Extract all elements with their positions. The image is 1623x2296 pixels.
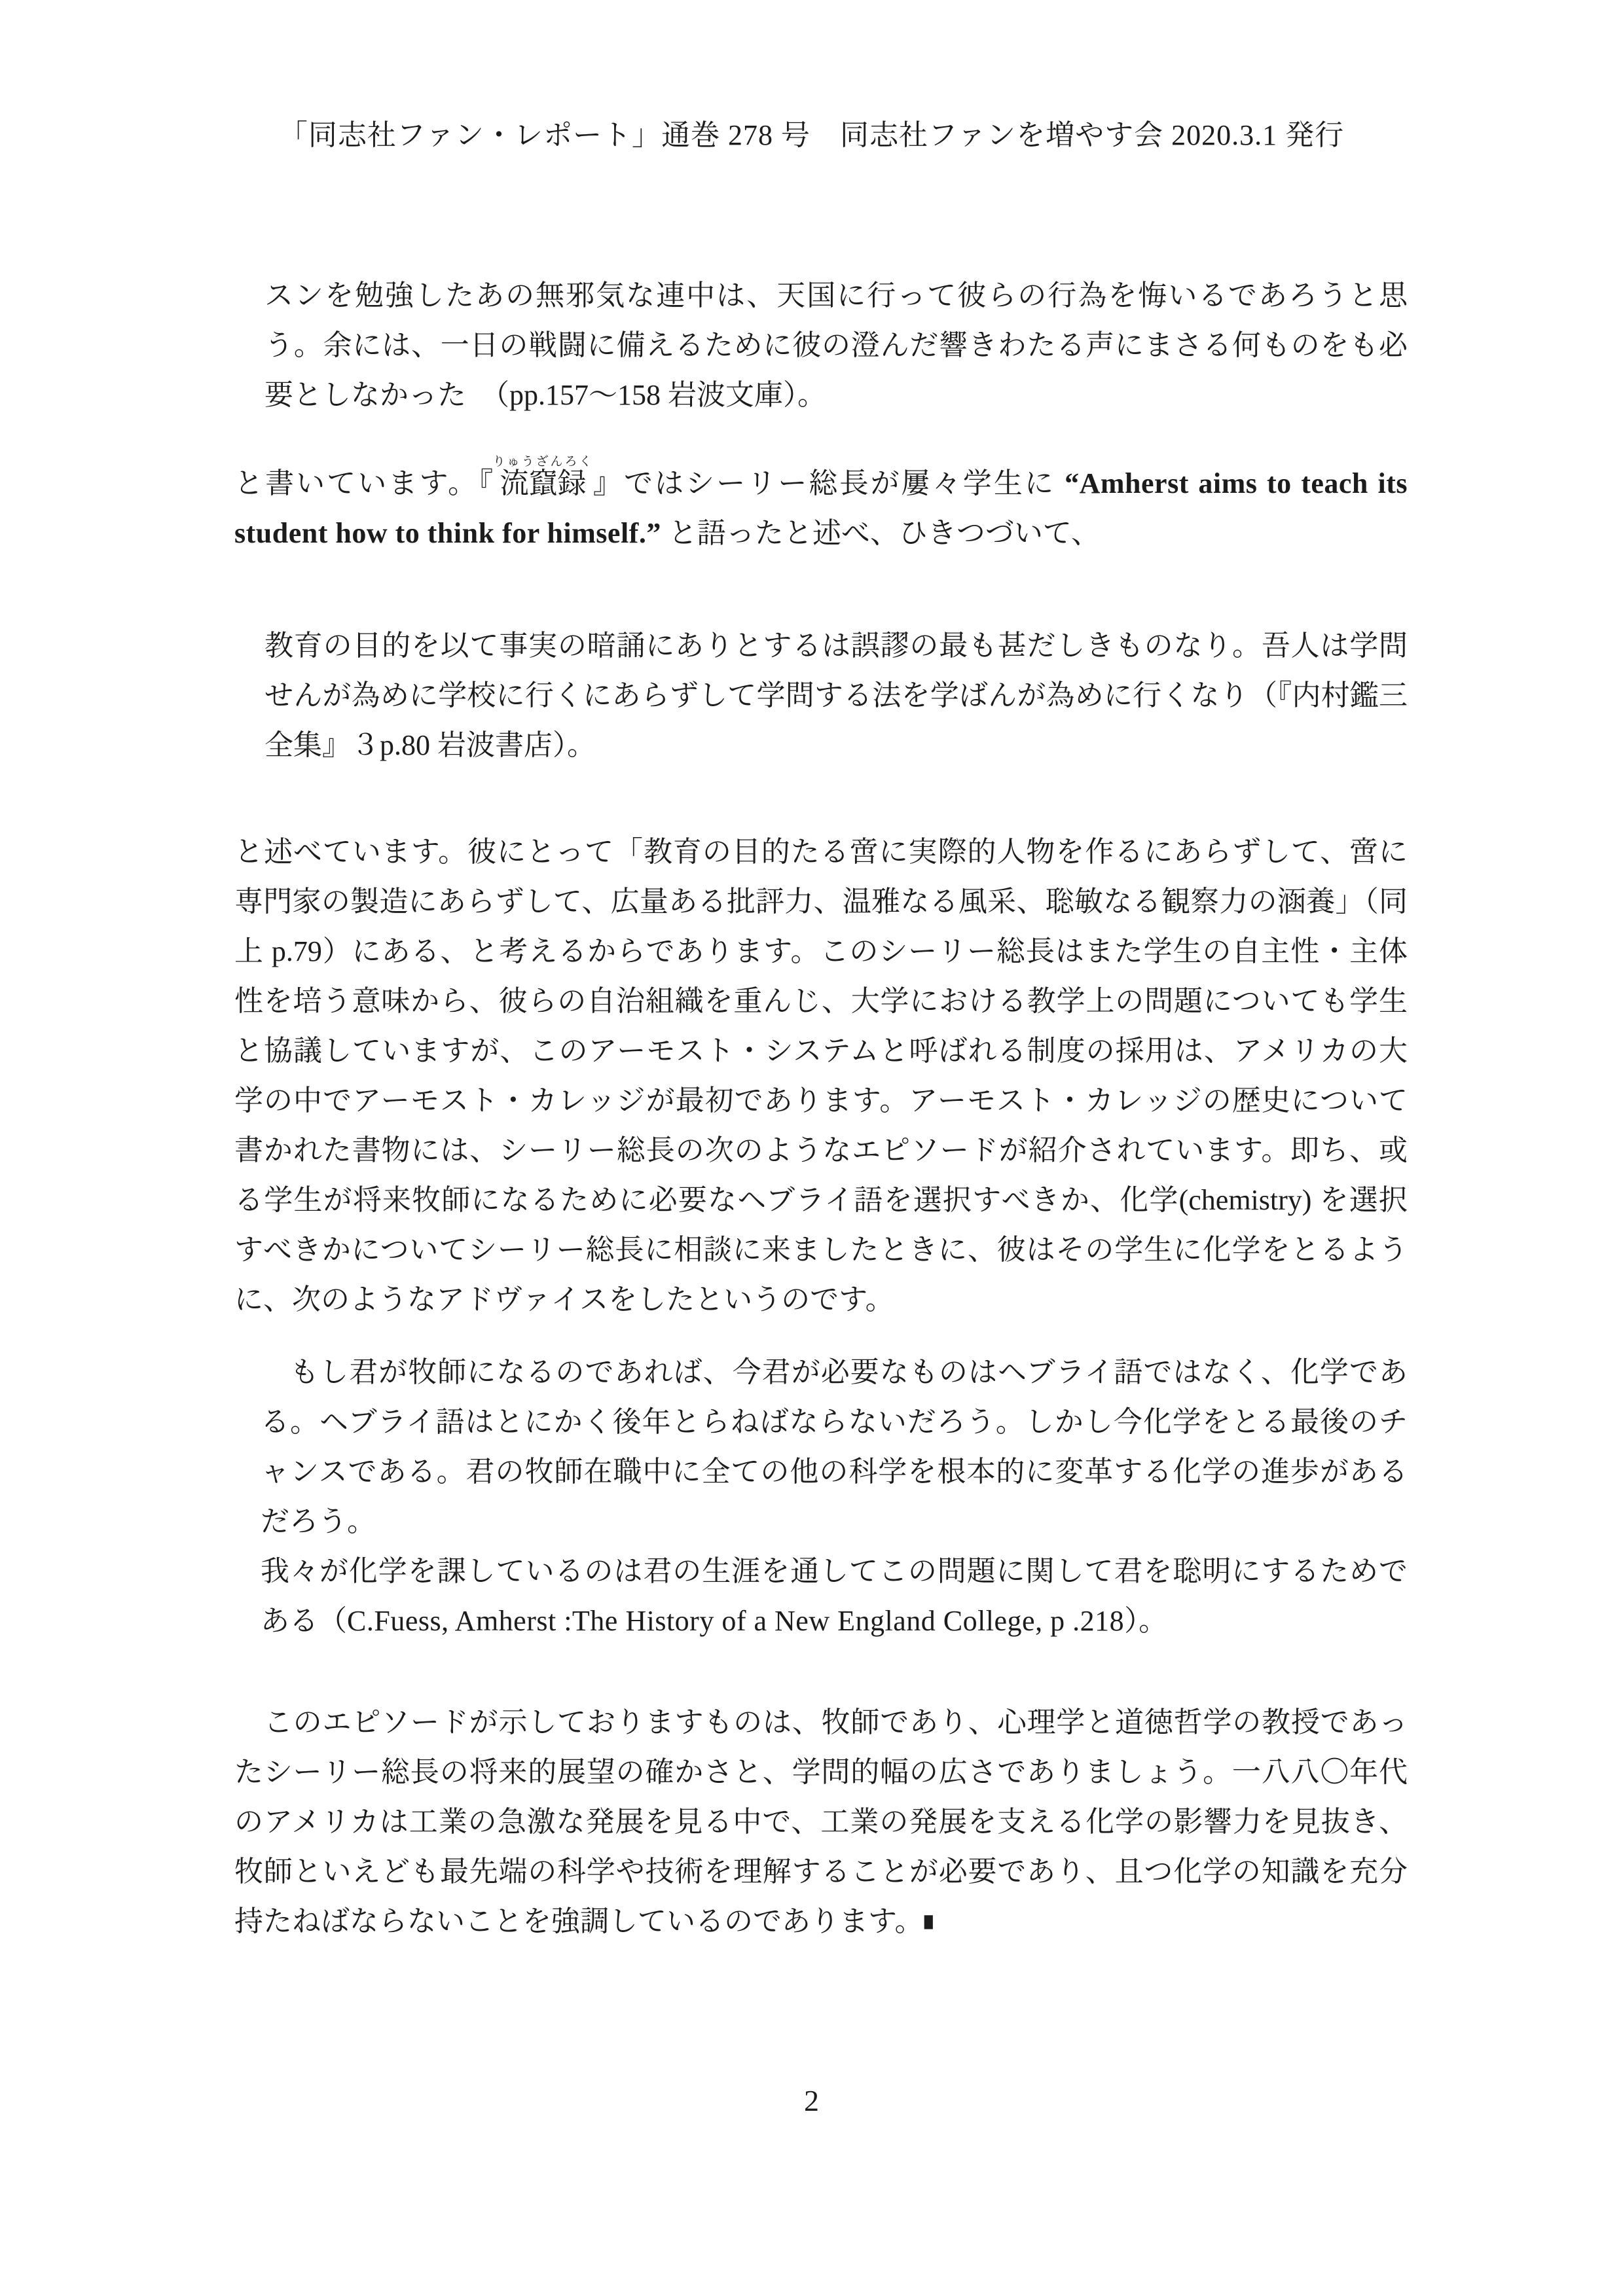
quote-block-2: 教育の目的を以て事実の暗誦にありとするは誤謬の最も甚だしきものなり。吾人は学問せ…: [264, 621, 1408, 770]
paragraph-4-text: このエピソードが示しておりますものは、牧師であり、心理学と道徳哲学の教授であった…: [234, 1706, 1408, 1937]
paragraph-3: と述べています。彼にとって「教育の目的たる啻に実際的人物を作るにあらずして、啻に…: [234, 827, 1408, 1325]
end-of-article-mark: ■: [923, 1897, 934, 1946]
quote-block-3-paragraph-2: 我々が化学を課しているのは君の生涯を通してこの問題に関して君を聡明にするためであ…: [261, 1547, 1408, 1646]
page-number: 2: [0, 2081, 1623, 2121]
ruby-base: 流竄録: [493, 467, 594, 499]
document-page: 「同志社ファン・レポート」通巻 278 号 同志社ファンを増やす会 2020.3…: [0, 0, 1623, 2296]
citation-text: C.Fuess, Amherst :The History of a New E…: [347, 1605, 1124, 1637]
paragraph-2-end: と語ったと述べ、ひきつづいて、: [661, 517, 1100, 549]
quote-block-1: スンを勉強したあの無邪気な連中は、天国に行って彼らの行為を悔いるであろうと思う。…: [264, 271, 1408, 420]
paragraph-2-pre: と書いています。『: [234, 467, 495, 499]
page-header: 「同志社ファン・レポート」通巻 278 号 同志社ファンを増やす会 2020.3…: [0, 111, 1623, 160]
quote-3-end: ）。: [1124, 1605, 1167, 1637]
paragraph-2: と書いています。『流竄録りゅうざんろく』ではシーリー総長が屢々学生に “Amhe…: [234, 455, 1408, 558]
paragraph-2-mid: 』ではシーリー総長が屢々学生に: [591, 467, 1065, 499]
ruby-reading: りゅうざんろく: [493, 455, 594, 469]
paragraph-4: このエピソードが示しておりますものは、牧師であり、心理学と道徳哲学の教授であった…: [234, 1698, 1408, 1946]
ruby-ryuzanroku: 流竄録りゅうざんろく: [495, 467, 591, 499]
quote-block-3-paragraph-1: もし君が牧師になるのであれば、今君が必要なものはヘブライ語ではなく、化学である。…: [261, 1348, 1408, 1547]
